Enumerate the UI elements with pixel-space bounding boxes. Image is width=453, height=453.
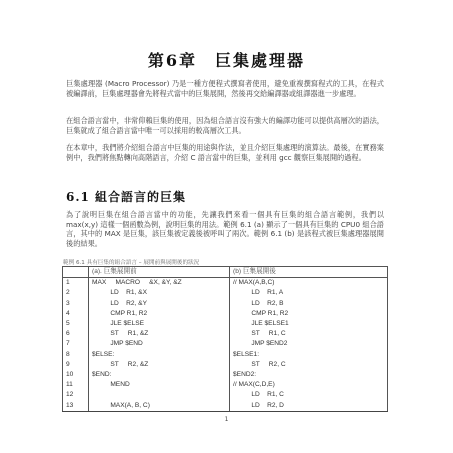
table-row: 10$END:$END2: bbox=[63, 370, 388, 380]
line-number: 10 bbox=[63, 370, 89, 380]
code-after: $END2: bbox=[230, 370, 388, 380]
line-number: 1 bbox=[63, 278, 89, 289]
code-after: // MAX(C,D,E) bbox=[230, 380, 388, 390]
intro-paragraph: 巨集處理器 (Macro Processor) 乃是一種方便程式撰寫者使用，避免… bbox=[66, 79, 384, 98]
line-number: 9 bbox=[63, 360, 89, 370]
code-before: MAX(A, B, C) bbox=[89, 401, 230, 412]
code-before: ST R2, &Z bbox=[89, 360, 230, 370]
chapter-title: 第6章 巨集處理器 bbox=[0, 48, 453, 71]
code-before: JLE $ELSE bbox=[89, 319, 230, 329]
code-before: MEND bbox=[89, 380, 230, 390]
code-before: MAX MACRO &X, &Y, &Z bbox=[89, 278, 230, 289]
line-number: 3 bbox=[63, 299, 89, 309]
code-after: CMP R1, R2 bbox=[230, 309, 388, 319]
line-number: 7 bbox=[63, 339, 89, 349]
code-after: LD R1, A bbox=[230, 288, 388, 298]
code-after: LD R2, B bbox=[230, 299, 388, 309]
table-row: 7 JMP $END JMP $END2 bbox=[63, 339, 388, 349]
code-before: LD R2, &Y bbox=[89, 299, 230, 309]
line-number: 12 bbox=[63, 390, 89, 400]
code-after: JMP $END2 bbox=[230, 339, 388, 349]
table-row: 8$ELSE:$ELSE1: bbox=[63, 350, 388, 360]
code-after: ST R1, C bbox=[230, 329, 388, 339]
header-line-number bbox=[63, 267, 89, 278]
code-after: LD R1, C bbox=[230, 390, 388, 400]
page-number: 1 bbox=[0, 416, 453, 423]
line-number: 5 bbox=[63, 319, 89, 329]
code-after: ST R2, C bbox=[230, 360, 388, 370]
table-row: 11 MEND// MAX(C,D,E) bbox=[63, 380, 388, 390]
code-before: ST R1, &Z bbox=[89, 329, 230, 339]
code-before: JMP $END bbox=[89, 339, 230, 349]
table-header-row: (a). 巨集展開前 (b) 巨集展開後 bbox=[63, 267, 388, 278]
header-before-expansion: (a). 巨集展開前 bbox=[89, 267, 230, 278]
line-number: 2 bbox=[63, 288, 89, 298]
code-before: $ELSE: bbox=[89, 350, 230, 360]
section-heading: 6.1 組合語言的巨集 bbox=[66, 188, 186, 205]
code-before: LD R1, &X bbox=[89, 288, 230, 298]
line-number: 13 bbox=[63, 401, 89, 412]
table-row: 4 CMP R1, R2 CMP R1, R2 bbox=[63, 309, 388, 319]
code-after: $ELSE1: bbox=[230, 350, 388, 360]
table-row: 6 ST R1, &Z ST R1, C bbox=[63, 329, 388, 339]
header-after-expansion: (b) 巨集展開後 bbox=[230, 267, 388, 278]
code-before: CMP R1, R2 bbox=[89, 309, 230, 319]
example-caption: 範例 6.1 具有巨集的組合語言 – 展開前與展開後的狀況 bbox=[63, 258, 199, 266]
section-paragraph: 為了說明巨集在組合語言當中的功能，先讓我們來看一個具有巨集的組合語言範例，我們以… bbox=[66, 210, 384, 248]
code-comparison-table: (a). 巨集展開前 (b) 巨集展開後 1MAX MACRO &X, &Y, … bbox=[62, 266, 388, 412]
table-row: 12 LD R1, C bbox=[63, 390, 388, 400]
line-number: 8 bbox=[63, 350, 89, 360]
table-row: 13 MAX(A, B, C) LD R2, D bbox=[63, 401, 388, 412]
table-row: 5 JLE $ELSE JLE $ELSE1 bbox=[63, 319, 388, 329]
code-after: // MAX(A,B,C) bbox=[230, 278, 388, 289]
code-before bbox=[89, 390, 230, 400]
line-number: 11 bbox=[63, 380, 89, 390]
line-number: 4 bbox=[63, 309, 89, 319]
code-after: JLE $ELSE1 bbox=[230, 319, 388, 329]
code-after: LD R2, D bbox=[230, 401, 388, 412]
table-row: 9 ST R2, &Z ST R2, C bbox=[63, 360, 388, 370]
assembly-paragraph: 在組合語言當中，非常仰賴巨集的使用，因為組合語言沒有強大的編譯功能可以提供高層次… bbox=[66, 116, 384, 135]
code-before: $END: bbox=[89, 370, 230, 380]
table-row: 3 LD R2, &Y LD R2, B bbox=[63, 299, 388, 309]
table-row: 2 LD R1, &X LD R1, A bbox=[63, 288, 388, 298]
chapter-overview-paragraph: 在本章中，我們將介紹組合語言中巨集的用途與作法，並且介紹巨集處理的演算法。最後，… bbox=[66, 143, 384, 162]
table-row: 1MAX MACRO &X, &Y, &Z// MAX(A,B,C) bbox=[63, 278, 388, 289]
line-number: 6 bbox=[63, 329, 89, 339]
document-page: 第6章 巨集處理器 巨集處理器 (Macro Processor) 乃是一種方便… bbox=[0, 0, 453, 453]
